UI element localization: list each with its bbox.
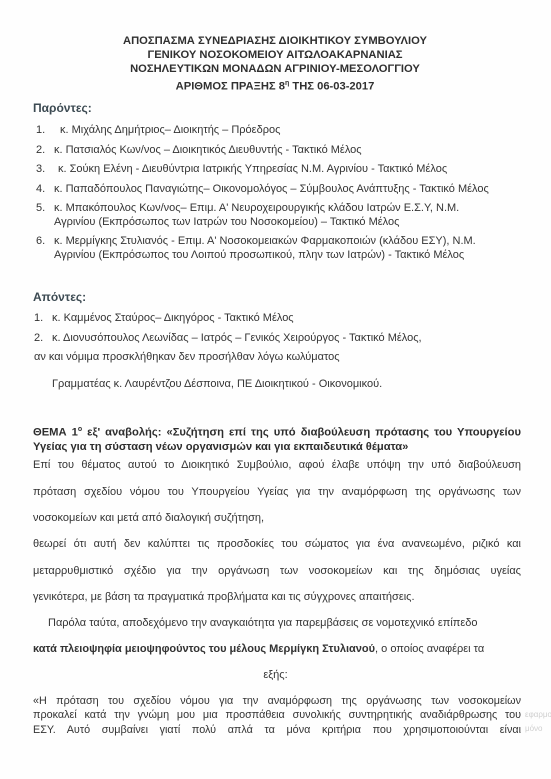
secretary-line: Γραμματέας κ. Λαυρέντζου Δέσποινα, ΠΕ Δι…	[52, 378, 382, 390]
body-p1-line1: Επί του θέματος αυτού το Διοικητικό Συμβ…	[33, 459, 521, 471]
absent-title: Απόντες:	[33, 290, 86, 304]
absent-item-1: 1.κ. Καμμένος Σταύρος– Δικηγόρος - Τακτι…	[34, 312, 531, 326]
header-line-1: ΑΠΟΣΠΑΣΜΑ ΣΥΝΕΔΡΙΑΣΗΣ ΔΙΟΙΚΗΤΙΚΟΥ ΣΥΜΒΟΥ…	[60, 34, 490, 48]
present-item-6: 6.κ. Μερμίγκης Στυλιανός - Επιμ. Α' Νοσο…	[36, 235, 531, 262]
present-item-2: 2.κ. Πατσιαλός Κων/νος – Διοικητικός Διε…	[36, 144, 531, 158]
present-title: Παρόντες:	[33, 101, 92, 115]
body-p2-line1: θεωρεί ότι αυτή δεν καλύπτει τις προσδοκ…	[33, 538, 521, 550]
absent-note: αν και νόμιμα προσκλήθηκαν δεν προσήλθαν…	[34, 351, 340, 363]
body-p1-line2: πρόταση σχεδίου νόμου του Υπουργείου Υγε…	[33, 486, 521, 498]
present-item-3: 3.κ. Σούκη Ελένη - Διευθύντρια Ιατρικής …	[36, 163, 531, 177]
header-line-4: ΑΡΙΘΜΟΣ ΠΡΑΞΗΣ 8η ΤΗΣ 06-03-2017	[60, 77, 490, 94]
document-page: ΑΠΟΣΠΑΣΜΑ ΣΥΝΕΔΡΙΑΣΗΣ ΔΙΟΙΚΗΤΙΚΟΥ ΣΥΜΒΟΥ…	[0, 0, 551, 779]
body-p3-line2: κατά πλειοψηφία μειοψηφούντος του μέλους…	[33, 643, 484, 655]
document-header: ΑΠΟΣΠΑΣΜΑ ΣΥΝΕΔΡΙΑΣΗΣ ΔΙΟΙΚΗΤΙΚΟΥ ΣΥΜΒΟΥ…	[60, 34, 490, 94]
body-p3-line1: Παρόλα ταύτα, αποδεχόμενο την αναγκαιότη…	[48, 617, 478, 629]
body-p2-line2: μεταρρυθμιστικό σχέδιο για την οργάνωση …	[33, 565, 521, 577]
present-item-5: 5.κ. Μπακόπουλος Κων/νος– Επιμ. Α' Νευρο…	[36, 202, 531, 229]
body-p3-line3: εξής:	[0, 669, 551, 681]
bleed-through-text: εφαρμογ μόνο	[525, 708, 551, 736]
header-line-3: ΝΟΣΗΛΕΥΤΙΚΩΝ ΜΟΝΑΔΩΝ ΑΓΡΙΝΙΟΥ-ΜΕΣΟΛΟΓΓΙΟ…	[60, 62, 490, 76]
dissent-quote: «Η πρόταση του σχεδίου νόμου για την ανα…	[33, 694, 521, 737]
body-p1-line3: νοσοκομείων και μετά από διαλογική συζήτ…	[33, 512, 264, 524]
absent-item-2: 2.κ. Διονυσόπουλος Λεωνίδας – Ιατρός – Γ…	[34, 332, 531, 346]
header-line-2: ΓΕΝΙΚΟΥ ΝΟΣΟΚΟΜΕΙΟΥ ΑΙΤΩΛΟΑΚΑΡΝΑΝΙΑΣ	[60, 48, 490, 62]
present-item-1: 1.κ. Μιχάλης Δημήτριος– Διοικητής – Πρόε…	[36, 124, 531, 138]
theme-heading: ΘΕΜΑ 1ο εξ' αναβολής: «Συζήτηση επί της …	[33, 423, 521, 454]
present-item-4: 4.κ. Παπαδόπουλος Παναγιώτης– Οικονομολό…	[36, 183, 531, 197]
body-p2-line3: γενικότερα, με βάση τα πραγματικά προβλή…	[33, 591, 415, 603]
present-list: 1.κ. Μιχάλης Δημήτριος– Διοικητής – Πρόε…	[36, 124, 531, 262]
dissent-bold: κατά πλειοψηφία μειοψηφούντος του μέλους…	[33, 643, 375, 655]
absent-list: 1.κ. Καμμένος Σταύρος– Δικηγόρος - Τακτι…	[34, 312, 531, 345]
